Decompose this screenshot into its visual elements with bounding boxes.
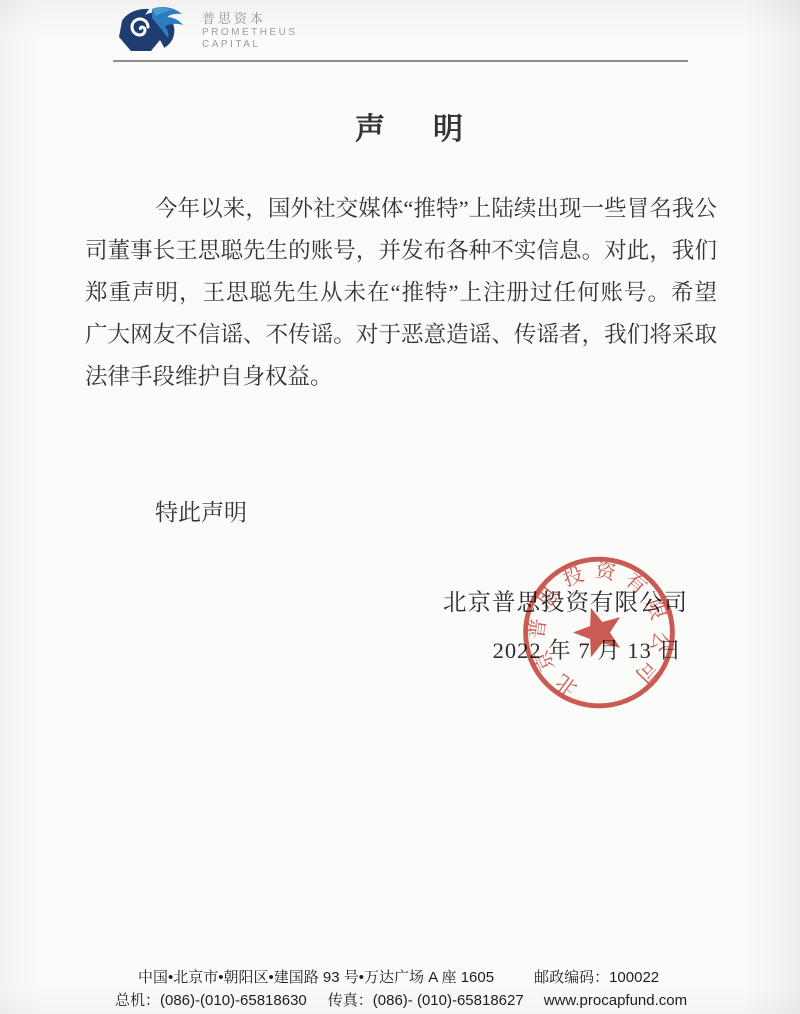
body-line: 广大网友不信谣、不传谣。对于恶意造谣、传谣者，我们将采取 [85,314,717,356]
body-line: 法律手段维护自身权益。 [85,356,717,398]
letterhead-divider [113,60,688,62]
statement-date: 2022 年 7 月 13 日 [443,633,682,665]
logo-wordmark: 普思资本 PROMETHEUS CAPITAL [202,6,298,50]
footer-address: 中国•北京市•朝阳区•建国路 93 号•万达广场 A 座 1605 [138,969,494,986]
company-signature: 北京普思投资有限公司 [443,583,688,617]
footer-phone: 总机：(086)-(010)-65818630 [115,992,307,1009]
closing-phrase: 特此声明 [155,494,247,527]
prometheus-capital-logo-icon [114,6,188,56]
body-line: 郑重声明，王思聪先生从未在“推特”上注册过任何账号。希望 [85,272,717,314]
brand-name-en-line1: PROMETHEUS [202,28,298,38]
brand-name-cn: 普思资本 [202,12,298,25]
letterhead: 普思资本 PROMETHEUS CAPITAL [114,6,298,56]
body-line: 今年以来，国外社交媒体“推特”上陆续出现一些冒名我公 [85,188,717,230]
body-line: 司董事长王思聪先生的账号，并发布各种不实信息。对此，我们 [85,230,717,272]
statement-title: 声明 [0,104,800,148]
footer-postal-code: 邮政编码：100022 [534,969,659,986]
footer-address-line: 中国•北京市•朝阳区•建国路 93 号•万达广场 A 座 1605邮政编码：10… [138,966,659,987]
footer-website: www.procapfund.com [544,992,687,1009]
statement-body: 今年以来，国外社交媒体“推特”上陆续出现一些冒名我公 司董事长王思聪先生的账号，… [85,188,717,398]
brand-name-en-line2: CAPITAL [202,40,298,50]
footer-contact-line: 总机：(086)-(010)-65818630传真：(086)- (010)-6… [115,989,687,1010]
signature-block: 北京普思投资有限公司 2022 年 7 月 13 日 [443,583,688,665]
footer-fax: 传真：(086)- (010)-65818627 [328,992,524,1009]
letter-page: 普思资本 PROMETHEUS CAPITAL 声明 今年以来，国外社交媒体“推… [0,0,800,1014]
